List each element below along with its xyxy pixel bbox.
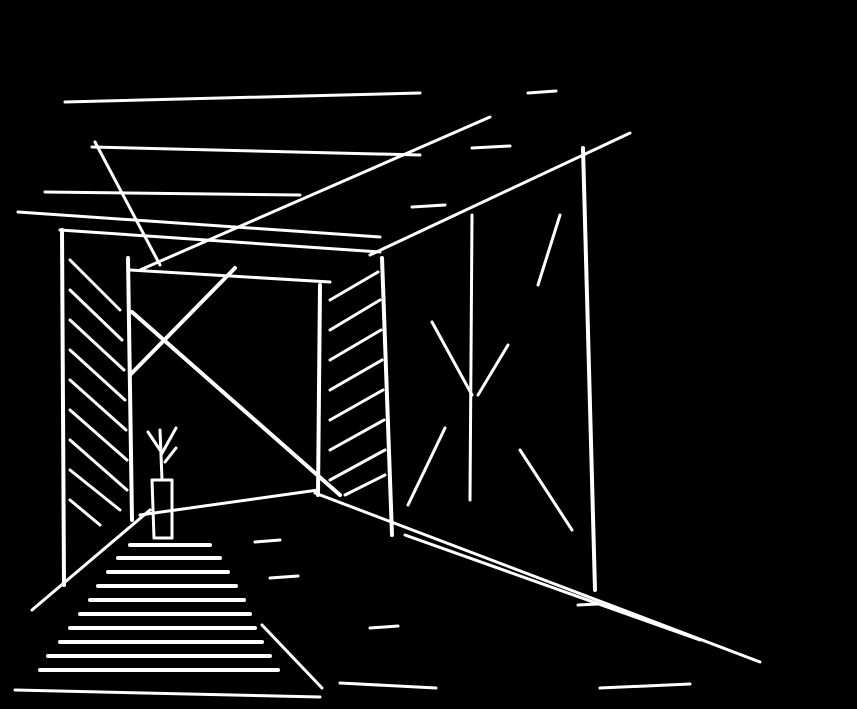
potted-plant xyxy=(148,428,176,538)
architectural-sketch xyxy=(0,0,857,709)
ceiling-lines xyxy=(18,91,630,282)
floor-lines xyxy=(15,490,760,697)
hatched-back-right-wall xyxy=(330,272,385,495)
right-wall-panel xyxy=(408,215,572,530)
striped-floor-patch xyxy=(40,545,278,670)
frame-posts xyxy=(62,148,595,590)
hatched-left-wall xyxy=(70,260,127,525)
